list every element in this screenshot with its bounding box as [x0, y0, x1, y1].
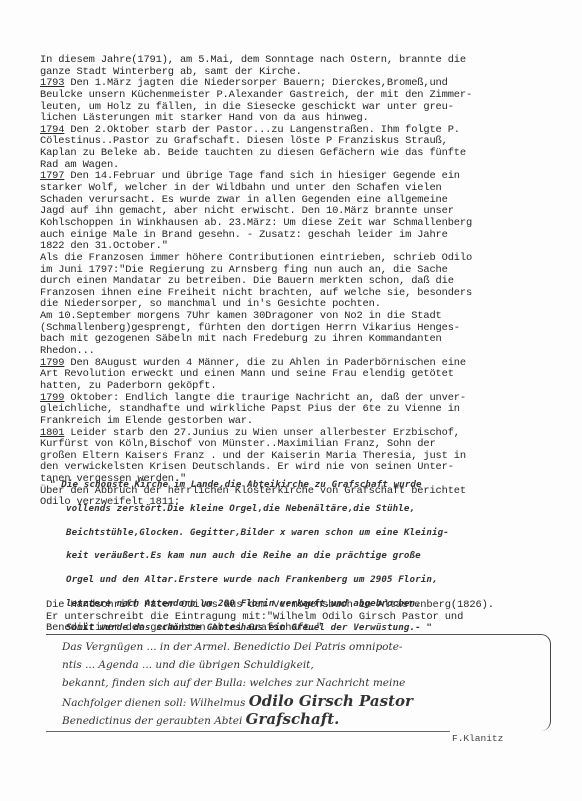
- text-line: starker Wolf, welcher in der Wildbahn un…: [40, 183, 560, 195]
- quote-line: Orgel und den Altar.Erstere wurde nach F…: [50, 568, 550, 592]
- handwriting-line: ntis ... Agenda ... und die übrigen Schu…: [62, 656, 542, 674]
- year-marker: 1799: [40, 392, 64, 404]
- handwriting-line: Nachfolger dienen soll: Wilhelmus Odilo …: [62, 692, 542, 710]
- text-line: Die Handschrift Pater Odilos aus dem Ver…: [46, 600, 566, 612]
- text-line: Rhedon...: [40, 346, 560, 358]
- text-line: bach mit gezogenen Säbeln mit nach Frede…: [40, 334, 560, 346]
- typed-chronicle-text: In diesem Jahre(1791), am 5.Mai, dem Son…: [40, 55, 560, 509]
- quote-line: vollends zerstört.Die kleine Orgel,die N…: [50, 497, 550, 521]
- year-marker: 1797: [40, 170, 64, 182]
- author-signature: F.Klanitz: [452, 733, 503, 744]
- text-line: Am 10.September morgens 7Uhr kamen 30Dra…: [40, 311, 560, 323]
- handwriting-line: Das Vergnügen ... in der Armel. Benedict…: [62, 638, 542, 656]
- handwriting-caption: Die Handschrift Pater Odilos aus dem Ver…: [46, 600, 566, 635]
- text-line: hatten, zu Paderborn geköpft.: [40, 381, 560, 393]
- handwritten-signature: Grafschaft.: [246, 710, 340, 728]
- year-marker: 1793: [40, 77, 64, 89]
- text-line: Kohlschoppen in Winkhausen ab. 23.März: …: [40, 218, 560, 230]
- year-marker: 1794: [40, 124, 64, 136]
- handwritten-signature: Odilo Girsch Pastor: [249, 692, 413, 710]
- year-marker: 1799: [40, 357, 64, 369]
- quote-line: keit veräußert.Es kam nun auch die Reihe…: [50, 544, 550, 568]
- quote-line: Beichtstühle,Glocken. Gegitter,Bilder x …: [50, 521, 550, 545]
- handwriting-line: bekannt, finden sich auf der Bulla: welc…: [62, 674, 542, 692]
- text-line: In diesem Jahre(1791), am 5.Mai, dem Son…: [40, 55, 560, 67]
- text-line: Benediktiner der geraubten Abtei Grafsch…: [46, 623, 566, 635]
- document-page: In diesem Jahre(1791), am 5.Mai, dem Son…: [0, 0, 582, 801]
- handwritten-entry: Das Vergnügen ... in der Armel. Benedict…: [62, 638, 542, 728]
- text-line: Beulcke unsern Küchenmeister P.Alexander…: [40, 90, 560, 102]
- text-line: Als die Franzosen immer höhere Contribut…: [40, 253, 560, 265]
- quote-line: " Die schönste Kirche im Lande,die Abtei…: [50, 473, 550, 497]
- text-line: Frankreich im Elende gestorben war.: [40, 416, 560, 428]
- handwriting-line: Benedictinus der geraubten Abtei Grafsch…: [62, 710, 542, 728]
- year-marker: 1801: [40, 427, 64, 439]
